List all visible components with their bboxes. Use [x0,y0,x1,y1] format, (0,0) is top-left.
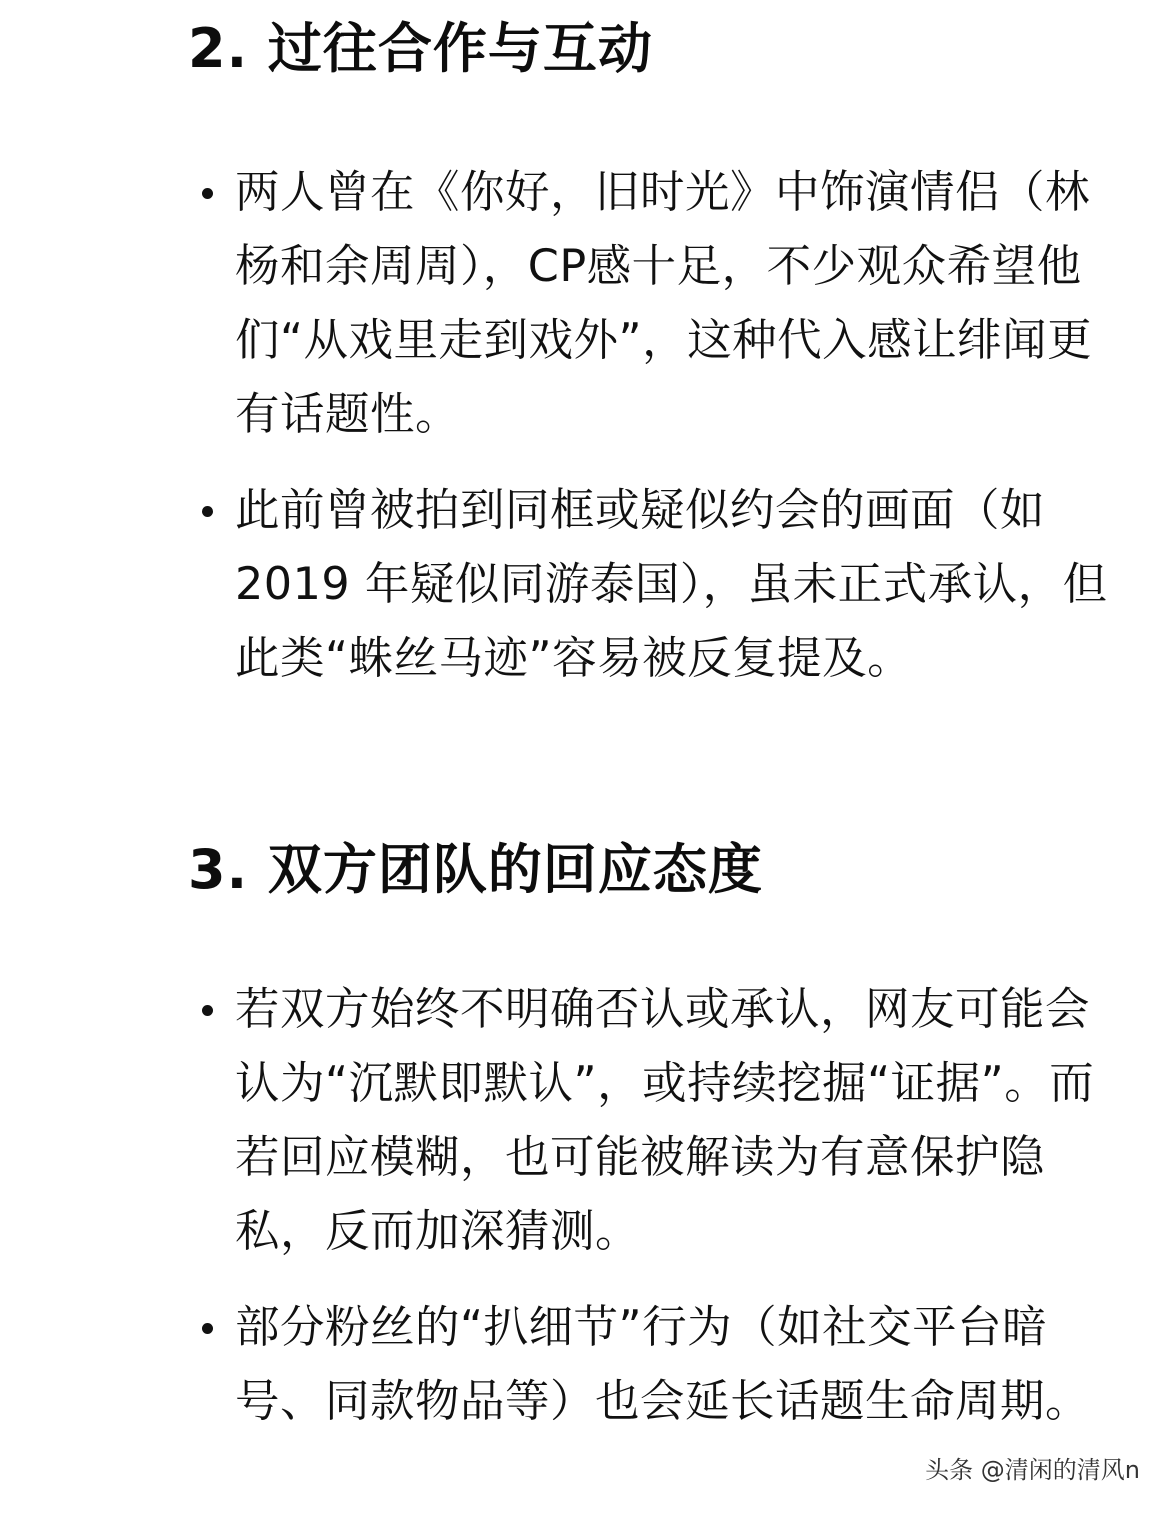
list-item-text: 部分粉丝的“扒细节”行为（如社交平台暗号、同款物品等）也会延长话题生命周期。 [235,1302,1090,1427]
bullet-dot-icon [202,506,213,517]
list-item: 此前曾被拍到同框或疑似约会的画面（如 2019 年疑似同游泰国），虽未正式承认，… [188,474,1133,696]
section-heading-past-collaboration: 2. 过往合作与互动 [188,22,653,76]
list-item-text: 此前曾被拍到同框或疑似约会的画面（如 2019 年疑似同游泰国），虽未正式承认，… [235,485,1108,684]
list-item: 两人曾在《你好，旧时光》中饰演情侣（林杨和余周周），CP感十足，不少观众希望他们… [188,156,1133,452]
list-item: 部分粉丝的“扒细节”行为（如社交平台暗号、同款物品等）也会延长话题生命周期。 [188,1291,1133,1439]
list-item-text: 两人曾在《你好，旧时光》中饰演情侣（林杨和余周周），CP感十足，不少观众希望他们… [235,167,1092,440]
bullet-dot-icon [202,1323,213,1334]
section-heading-team-response: 3. 双方团队的回应态度 [188,843,763,897]
bullet-list-team-response: 若双方始终不明确否认或承认，网友可能会认为“沉默即默认”，或持续挖掘“证据”。而… [188,973,1133,1461]
bullet-dot-icon [202,1005,213,1016]
source-watermark: 头条 @清闲的清风n [925,1450,1140,1485]
bullet-list-past-collaboration: 两人曾在《你好，旧时光》中饰演情侣（林杨和余周周），CP感十足，不少观众希望他们… [188,156,1133,718]
list-item-text: 若双方始终不明确否认或承认，网友可能会认为“沉默即默认”，或持续挖掘“证据”。而… [235,984,1094,1257]
list-item: 若双方始终不明确否认或承认，网友可能会认为“沉默即默认”，或持续挖掘“证据”。而… [188,973,1133,1269]
bullet-dot-icon [202,188,213,199]
